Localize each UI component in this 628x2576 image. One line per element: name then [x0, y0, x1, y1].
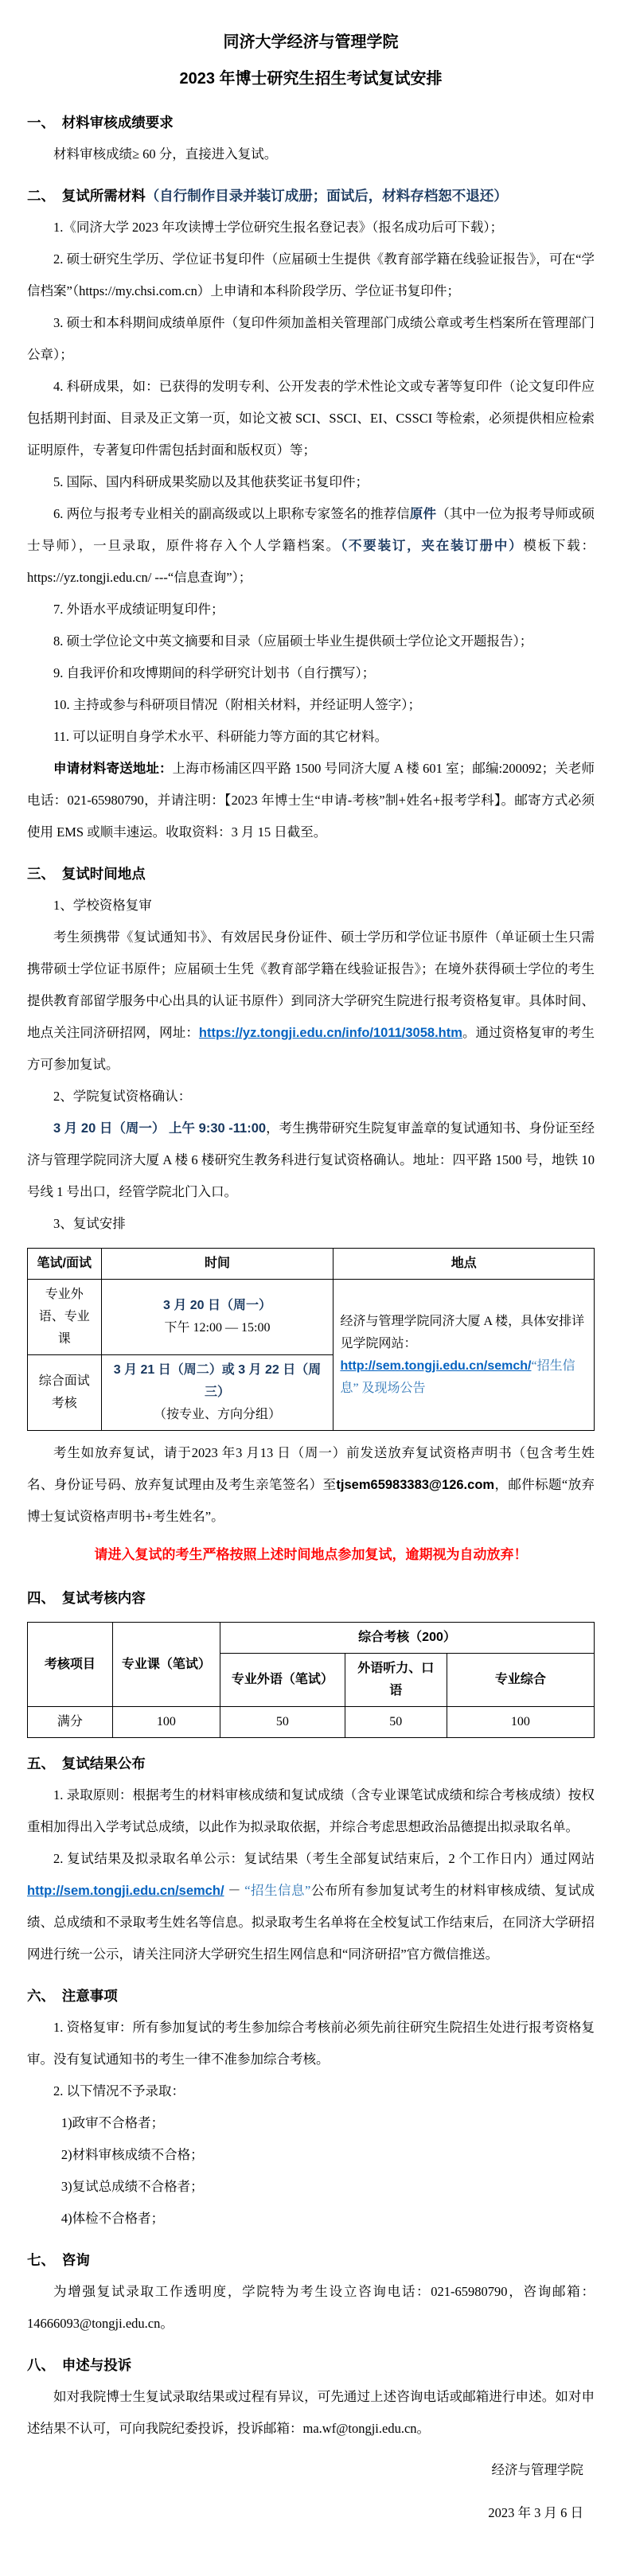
table-header-row: 考核项目 专业课（笔试） 综合考核（200） — [28, 1623, 595, 1654]
text-segment: （不要装订，夹在装订册中） — [341, 539, 523, 553]
qualification-review-subtitle: 1、学校资格复审 — [27, 890, 595, 922]
hyperlink[interactable]: https://yz.tongji.edu.cn/info/1011/3058.… — [199, 1026, 462, 1040]
section-3-heading: 三、 复试时间地点 — [27, 858, 595, 890]
notice-paragraph-2: 2. 以下情况不予录取： — [27, 2075, 595, 2107]
material-item-10: 10. 主持或参与科研项目情况（附相关材料，并经证明人签字）； — [27, 689, 595, 721]
signature-organization: 经济与管理学院 — [27, 2453, 595, 2488]
table-header-row: 笔试/面试 时间 地点 — [28, 1249, 595, 1280]
column-header: 综合考核（200） — [220, 1623, 595, 1654]
text-segment: 1.《同济大学 2023 年攻读博士学位研究生报名登记表》（报名成功后可下载）； — [53, 220, 503, 235]
table-row: 专业外语、专业课 3 月 20 日（周一）下午 12:00 — 15:00 经济… — [28, 1280, 595, 1355]
material-item-3: 3. 硕士和本科期间成绩单原件（复印件须加盖相关管理部门成绩公章或考生档案所在管… — [27, 307, 595, 371]
reject-item-2: 2)材料审核成绩不合格； — [27, 2139, 595, 2171]
text-segment: （按专业、方向分组） — [154, 1408, 281, 1421]
reject-item-4: 4)体检不合格者； — [27, 2203, 595, 2235]
score-cell: 100 — [112, 1707, 220, 1738]
section-1-paragraph: 材料审核成绩≥ 60 分，直接进入复试。 — [27, 138, 595, 170]
score-cell: 50 — [220, 1707, 345, 1738]
material-item-4: 4. 科研成果，如：已获得的发明专利、公开发表的学术性论文或专著等复印件（论文复… — [27, 371, 595, 466]
mailing-address-paragraph: 申请材料寄送地址：上海市杨浦区四平路 1500 号同济大厦 A 楼 601 室；… — [27, 753, 595, 848]
column-header: 考核项目 — [28, 1623, 113, 1707]
admission-principle-paragraph: 1. 录取原则：根据考生的材料审核成绩和复试成绩（含专业课笔试成绩和综合考核成绩… — [27, 1779, 595, 1843]
column-header: 外语听力、口语 — [345, 1654, 447, 1707]
text-segment: 10. 主持或参与科研项目情况（附相关材料，并经证明人签字）； — [53, 697, 421, 712]
schedule-table: 笔试/面试 时间 地点 专业外语、专业课 3 月 20 日（周一）下午 12:0… — [27, 1248, 595, 1431]
qualification-review-paragraph: 考生须携带《复试通知书》、有效居民身份证件、硕士学历和学位证书原件（单证硕士生只… — [27, 922, 595, 1081]
exam-time-cell: 3 月 21 日（周二）或 3 月 22 日（周三）（按专业、方向分组） — [101, 1355, 334, 1431]
document-page: 同济大学经济与管理学院 2023 年博士研究生招生考试复试安排 一、 材料审核成… — [0, 0, 628, 2562]
text-segment: 7. 外语水平成绩证明复印件； — [53, 602, 224, 617]
withdraw-paragraph: 考生如放弃复试，请于2023 年3 月13 日（周一）前发送放弃复试资格声明书（… — [27, 1437, 595, 1533]
text-segment: tjsem65983383@126.com — [336, 1478, 494, 1492]
text-segment: （自行制作目录并装订成册；面试后，材料存档恕不退还） — [146, 188, 508, 204]
text-segment: 9. 自我评价和攻博期间的科学研究计划书（自行撰写）； — [53, 665, 375, 680]
signature-date: 2023 年 3 月 6 日 — [27, 2496, 595, 2531]
reject-item-3: 3)复试总成绩不合格者； — [27, 2171, 595, 2203]
material-item-2: 2. 硕士研究生学历、学位证书复印件（应届硕士生提供《教育部学籍在线验证报告》，… — [27, 244, 595, 307]
schedule-subtitle: 3、复试安排 — [27, 1208, 595, 1240]
material-item-9: 9. 自我评价和攻博期间的科学研究计划书（自行撰写）； — [27, 657, 595, 689]
material-item-8: 8. 硕士学位论文中英文摘要和目录（应届硕士毕业生提供硕士学位论文开题报告）； — [27, 625, 595, 657]
score-table: 考核项目 专业课（笔试） 综合考核（200） 专业外语（笔试） 外语听力、口语 … — [27, 1622, 595, 1738]
column-header: 专业外语（笔试） — [220, 1654, 345, 1707]
text-segment: 考生须携带《复试通知书》、有效居民身份证件、硕士学历和学位证书原件（单证硕士生只… — [27, 929, 595, 1040]
hyperlink[interactable]: http://sem.tongji.edu.cn/semch/ — [340, 1359, 531, 1373]
text-segment: 原件 — [410, 507, 436, 521]
result-announcement-paragraph: 2. 复试结果及拟录取名单公示：复试结果（考生全部复试结束后，2 个工作日内）通… — [27, 1843, 595, 1970]
column-header: 地点 — [334, 1249, 595, 1280]
text-segment: 3 月 20 日（周一） — [163, 1299, 271, 1312]
text-segment: 11. 可以证明自身学术水平、科研能力等方面的其它材料。 — [53, 729, 388, 744]
appeal-paragraph: 如对我院博士生复试录取结果或过程有异议，可先通过上述咨询电话或邮箱进行申述。如对… — [27, 2381, 595, 2445]
text-segment: 8. 硕士学位论文中英文摘要和目录（应届硕士毕业生提供硕士学位论文开题报告）； — [53, 633, 532, 649]
reject-item-1: 1)政审不合格者； — [27, 2107, 595, 2139]
section-1-heading: 一、 材料审核成绩要求 — [27, 107, 595, 138]
material-item-1: 1.《同济大学 2023 年攻读博士学位研究生报名登记表》（报名成功后可下载）； — [27, 212, 595, 244]
exam-type-cell: 专业外语、专业课 — [28, 1280, 102, 1355]
text-segment: 3. 硕士和本科期间成绩单原件（复印件须加盖相关管理部门成绩公章或考生档案所在管… — [27, 315, 595, 362]
exam-time-cell: 3 月 20 日（周一）下午 12:00 — 15:00 — [101, 1280, 334, 1355]
confirmation-paragraph: 3 月 20 日（周一） 上午 9:30 -11:00，考生携带研究生院复审盖章… — [27, 1113, 595, 1208]
column-header: 时间 — [101, 1249, 334, 1280]
document-title: 同济大学经济与管理学院 — [27, 24, 595, 60]
notice-paragraph-1: 1. 资格复审：所有参加复试的考生参加综合考核前必须先前往研究生院招生处进行报考… — [27, 2012, 595, 2075]
confirmation-subtitle: 2、学院复试资格确认： — [27, 1081, 595, 1113]
document-subtitle: 2023 年博士研究生招生考试复试安排 — [27, 60, 595, 97]
material-item-7: 7. 外语水平成绩证明复印件； — [27, 594, 595, 625]
text-segment: “招生信息” — [244, 1883, 310, 1898]
material-item-11: 11. 可以证明自身学术水平、科研能力等方面的其它材料。 — [27, 721, 595, 753]
row-label: 满分 — [28, 1707, 113, 1738]
text-segment: 3 月 21 日（周二）或 3 月 22 日（周三） — [114, 1363, 322, 1399]
material-item-6: 6. 两位与报考专业相关的副高级或以上职称专家签名的推荐信原件（其中一位为报考导… — [27, 498, 595, 594]
text-segment: 4. 科研成果，如：已获得的发明专利、公开发表的学术性论文或专著等复印件（论文复… — [27, 379, 595, 458]
hyperlink[interactable]: http://sem.tongji.edu.cn/semch/ — [27, 1884, 224, 1898]
consultation-paragraph: 为增强复试录取工作透明度，学院特为考生设立咨询电话：021-65980790，咨… — [27, 2276, 595, 2340]
text-segment: 2. 复试结果及拟录取名单公示：复试结果（考生全部复试结束后，2 个工作日内）通… — [53, 1851, 595, 1866]
section-2-heading: 二、 复试所需材料（自行制作目录并装订成册；面试后，材料存档恕不退还） — [27, 180, 595, 212]
section-6-heading: 六、 注意事项 — [27, 1980, 595, 2012]
table-row: 满分 100 50 50 100 — [28, 1707, 595, 1738]
exam-type-cell: 综合面试考核 — [28, 1355, 102, 1431]
warning-text: 请进入复试的考生严格按照上述时间地点参加复试，逾期视为自动放弃！ — [27, 1537, 595, 1572]
text-segment: 经济与管理学院同济大厦 A 楼，具体安排详见学院网站： — [340, 1315, 584, 1350]
section-5-heading: 五、 复试结果公布 — [27, 1748, 595, 1779]
text-segment: 下午 12:00 — 15:00 — [165, 1321, 271, 1335]
text-segment: － — [224, 1883, 245, 1898]
section-7-heading: 七、 咨询 — [27, 2244, 595, 2276]
text-segment: 6. 两位与报考专业相关的副高级或以上职称专家签名的推荐信 — [53, 506, 410, 521]
score-cell: 100 — [447, 1707, 594, 1738]
document-body: { "doc": { "title1": "同济大学经济与管理学院", "tit… — [0, 0, 628, 2576]
score-cell: 50 — [345, 1707, 447, 1738]
text-segment: 申请材料寄送地址： — [53, 762, 173, 776]
column-header: 专业综合 — [447, 1654, 594, 1707]
text-segment: 5. 国际、国内科研成果奖励以及其他获奖证书复印件； — [53, 474, 369, 489]
material-item-5: 5. 国际、国内科研成果奖励以及其他获奖证书复印件； — [27, 466, 595, 498]
text-segment: 3 月 20 日（周一） 上午 9:30 -11:00 — [53, 1121, 266, 1136]
text-segment: 2. 硕士研究生学历、学位证书复印件（应届硕士生提供《教育部学籍在线验证报告》，… — [27, 251, 595, 298]
section-8-heading: 八、 申述与投诉 — [27, 2349, 595, 2381]
text-segment: 二、 复试所需材料 — [27, 188, 146, 204]
column-header: 专业课（笔试） — [112, 1623, 220, 1707]
column-header: 笔试/面试 — [28, 1249, 102, 1280]
exam-location-cell: 经济与管理学院同济大厦 A 楼，具体安排详见学院网站：http://sem.to… — [334, 1280, 595, 1431]
section-4-heading: 四、 复试考核内容 — [27, 1582, 595, 1614]
